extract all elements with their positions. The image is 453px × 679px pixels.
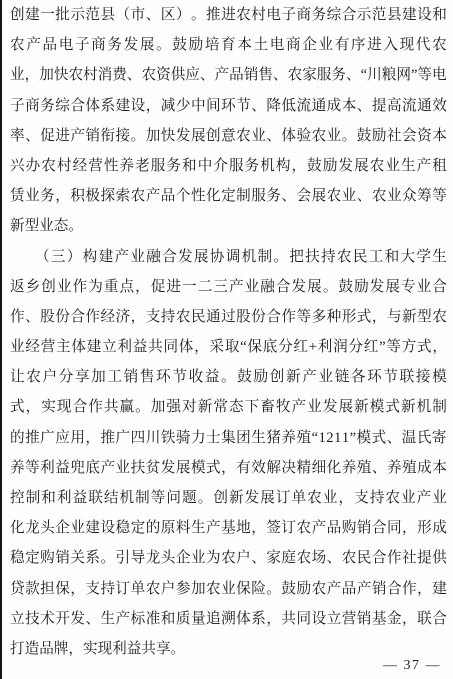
text-line: （三）构建产业融合发展协调机制。把扶持农民工和大学生	[10, 242, 447, 272]
text-line: 的推广应用，推广四川铁骑力士集团生猪养殖“1211”模式、温氏寄	[10, 423, 447, 453]
text-line: 子商务综合体系建设，减少中间环节、降低流通成本、提高流通效	[10, 91, 447, 121]
text-line: 农产品电子商务发展。鼓励培育本土电商企业有序进入现代农	[10, 30, 447, 60]
text-line: 稳定购销关系。引导龙头企业为农户、家庭农场、农民合作社提供	[10, 543, 447, 573]
text-line: 率、促进产销衔接。加快发展创意农业、体验农业。鼓励社会资本	[10, 121, 447, 151]
text-line: 贷款担保，支持订单农户参加农业保险。鼓励农产品产销合作，建	[10, 574, 447, 604]
text-line: 业经营主体建立利益共同体，采取“保底分红+利润分红”等方式，	[10, 332, 447, 362]
text-line: 赁业务，积极探索农产品个性化定制服务、会展农业、农业众筹等	[10, 181, 447, 211]
text-line: 养等利益兜底产业扶贫发展模式，有效解决精细化养殖、养殖成本	[10, 453, 447, 483]
text-line: 创建一批示范县（市、区）。推进农村电子商务综合示范县建设和	[10, 0, 447, 30]
text-line: 兴办农村经营性养老服务和中介服务机构，鼓励发展农业生产租	[10, 151, 447, 181]
text-line: 打造品牌，实现利益共享。	[10, 634, 447, 664]
text-line: 返乡创业作为重点，促进一二三产业融合发展。鼓励发展专业合	[10, 272, 447, 302]
text-line: 让农户分享加工销售环节收益。鼓励创新产业链各环节联接模	[10, 362, 447, 392]
text-line: 控制和利益联结机制等问题。创新发展订单农业，支持农业产业	[10, 483, 447, 513]
scan-edge-artifact	[0, 0, 2, 679]
text-line: 新型业态。	[10, 211, 447, 241]
text-line: 业，加快农村消费、农资供应、产品销售、农家服务、“川粮网”等电	[10, 60, 447, 90]
text-line: 式，实现合作共赢。加强对新常态下畜牧产业发展新模式新机制	[10, 392, 447, 422]
text-line: 立技术开发、生产标准和质量追溯体系，共同设立营销基金，联合	[10, 604, 447, 634]
document-page: 创建一批示范县（市、区）。推进农村电子商务综合示范县建设和农产品电子商务发展。鼓…	[0, 0, 453, 679]
text-line: 化龙头企业建设稳定的原料生产基地，签订农产品购销合同，形成	[10, 513, 447, 543]
page-number: — 37 —	[383, 657, 441, 675]
text-line: 作、股份合作经济，支持农民通过股份合作等多种形式，与新型农	[10, 302, 447, 332]
body-text: 创建一批示范县（市、区）。推进农村电子商务综合示范县建设和农产品电子商务发展。鼓…	[10, 0, 447, 664]
